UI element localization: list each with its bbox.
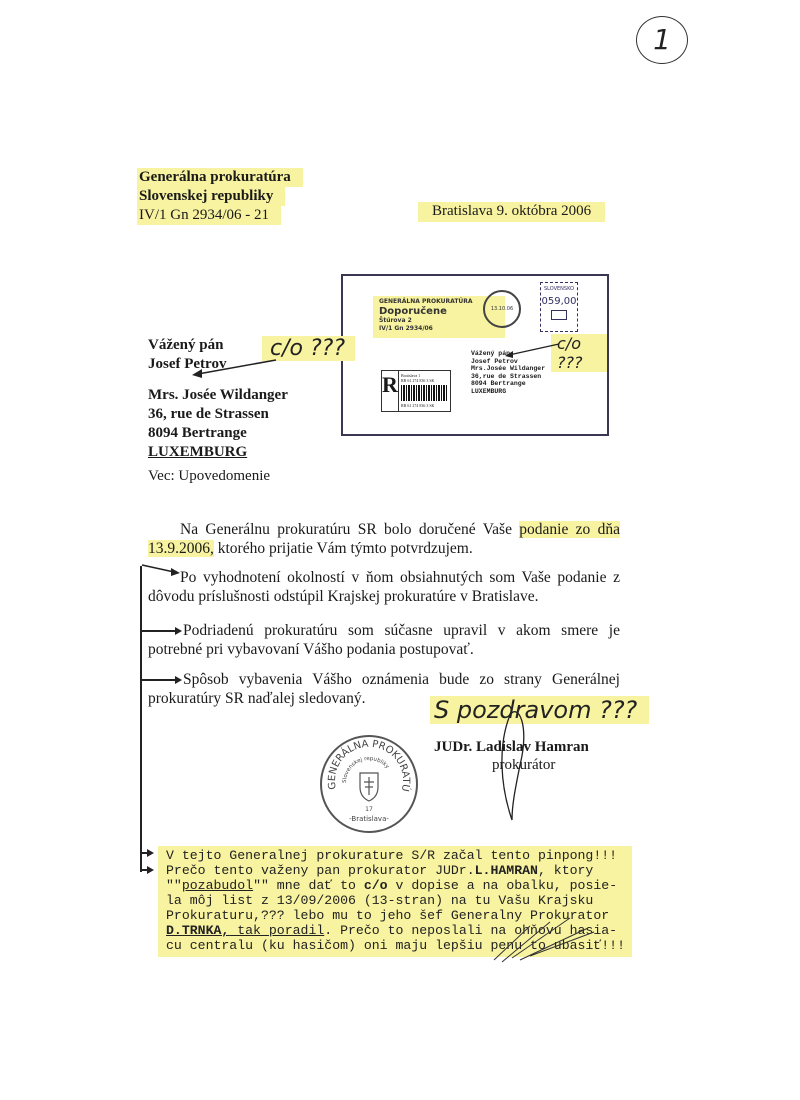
sender-org-line2: Slovenskej republiky xyxy=(137,187,285,206)
arrow-icon xyxy=(140,562,182,578)
registered-label: R Bratislava 1 RR 61 274 836 3 SK RR 61 … xyxy=(381,370,451,412)
subject-line: Vec: Upovedomenie xyxy=(148,468,270,485)
arrow-icon xyxy=(142,869,152,871)
recipient-city: 8094 Bertrange xyxy=(148,424,288,443)
signature-icon xyxy=(490,908,600,968)
note-line: V tejto Generalnej prokurature S/R začal… xyxy=(166,848,617,863)
body-paragraph-2: Po vyhodnotení okolností v ňom obsiahnut… xyxy=(148,568,620,606)
note-line: "" xyxy=(166,878,182,893)
recipient-care-of: Mrs. Josée Wildanger xyxy=(148,386,288,405)
reference-number: IV/1 Gn 2934/06 - 21 xyxy=(137,206,281,225)
envelope-address-line: 8094 Bertrange xyxy=(471,380,545,388)
note-emphasis: D.TRNKA, xyxy=(166,923,229,938)
arrow-icon xyxy=(142,852,152,854)
sender-block: Generálna prokuratúra Slovenskej republi… xyxy=(137,168,303,225)
page-number: 1 xyxy=(636,16,688,64)
note-emphasis: L.HAMRAN xyxy=(475,863,538,878)
envelope-sender-line3: Štúrova 2 xyxy=(379,317,499,325)
barcode-icon xyxy=(401,385,448,401)
letter-date: Bratislava 9. októbra 2006 xyxy=(418,202,605,222)
note-line: v dopise a na obalku, posie- xyxy=(388,878,618,893)
note-emphasis: c/o xyxy=(364,878,388,893)
recipient-street: 36, rue de Strassen xyxy=(148,405,288,424)
envelope-address-line: Mrs.Josée Wildanger xyxy=(471,365,545,373)
note-line: la môj list z 13/09/2006 (13-stran) na t… xyxy=(166,893,593,908)
paragraph-text: Na Generálnu prokuratúru SR bolo doručen… xyxy=(180,521,519,538)
registered-mark: R xyxy=(382,371,399,411)
note-line: "" mne dať to xyxy=(253,878,364,893)
note-underlined: tak poradil xyxy=(229,923,324,938)
arrow-icon xyxy=(142,630,180,632)
svg-text:Slovenskej republiky: Slovenskej republiky xyxy=(342,756,391,783)
envelope-image: GENERÁLNA PROKURATÚRA Doporučene Štúrova… xyxy=(341,274,609,436)
envelope-sender-line2: Doporučene xyxy=(379,306,499,317)
note-line: Prečo tento važeny pan prokurator JUDr. xyxy=(166,863,475,878)
registered-number-bottom: RR 61 274 836 3 SK xyxy=(401,403,448,408)
arrow-icon xyxy=(503,340,563,360)
franking-value: 059,00 xyxy=(541,296,577,307)
envelope-address-line: 36,rue de Strassen xyxy=(471,373,545,381)
sender-org-line1: Generálna prokuratúra xyxy=(137,168,303,187)
official-stamp: GENERÁLNA PROKURATÚRA Slovenskej republi… xyxy=(320,735,418,833)
bracket-line xyxy=(140,566,142,872)
franking-country: SLOVENSKO xyxy=(541,286,577,292)
registered-number: RR 61 274 836 3 SK xyxy=(401,378,448,383)
postmark-icon: 13.10.06 xyxy=(483,290,521,328)
svg-text:17: 17 xyxy=(365,806,373,813)
franking-stamp: SLOVENSKO 059,00 xyxy=(540,282,578,332)
svg-text:-Bratislava-: -Bratislava- xyxy=(349,815,389,823)
franking-emblem-icon xyxy=(551,310,567,320)
body-paragraph-3: Podriadenú prokuratúru som súčasne uprav… xyxy=(148,621,620,659)
arrow-icon xyxy=(190,356,280,380)
signature-icon xyxy=(490,705,540,825)
svg-text:GENERÁLNA PROKURATÚRA: GENERÁLNA PROKURATÚRA xyxy=(322,737,413,793)
stamp-emblem-icon: GENERÁLNA PROKURATÚRA Slovenskej republi… xyxy=(322,737,416,831)
envelope-address-line: LUXEMBURG xyxy=(471,388,545,396)
note-underlined: pozabudol xyxy=(182,878,253,893)
recipient-country: LUXEMBURG xyxy=(148,443,288,462)
envelope-sender-ref: IV/1 Gn 2934/06 xyxy=(379,325,499,333)
note-line: , ktory xyxy=(538,863,593,878)
arrow-icon xyxy=(142,679,180,681)
envelope-sender-line1: GENERÁLNA PROKURATÚRA xyxy=(379,298,499,306)
paragraph-text: ktorého prijatie Vám týmto potvrdzujem. xyxy=(214,540,473,557)
body-paragraph-1: Na Generálnu prokuratúru SR bolo doručen… xyxy=(148,520,620,558)
